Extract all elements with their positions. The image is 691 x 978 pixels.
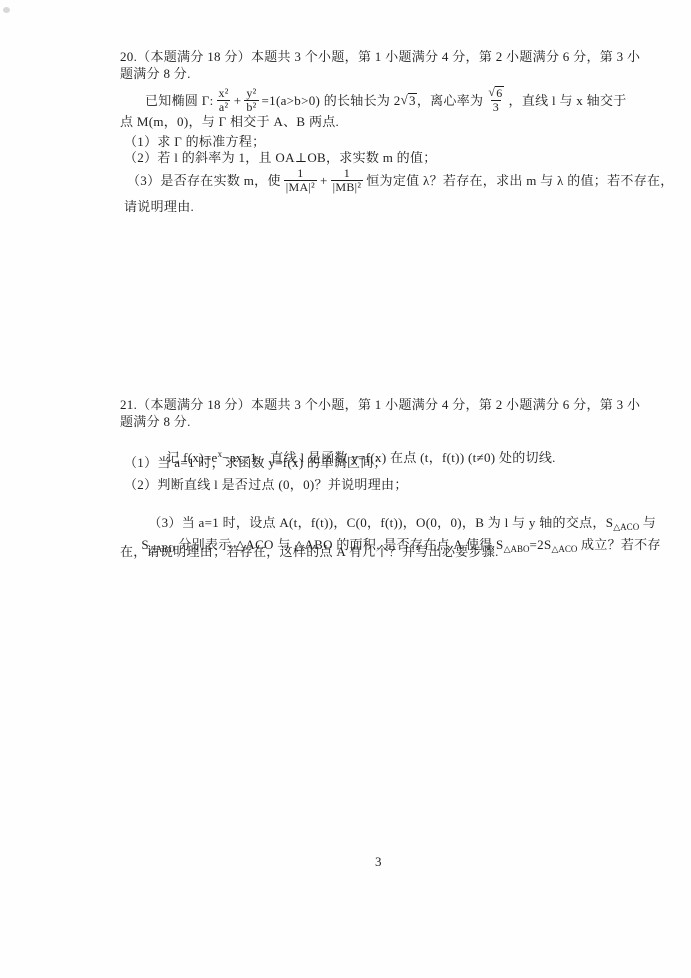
radical-sign: √ — [488, 86, 495, 99]
problem-20-item-3-continuation: 请说明理由. — [124, 199, 194, 214]
problem-20-heading-line1: 20.（本题满分 18 分）本题共 3 个小题，第 1 小题满分 4 分，第 2… — [120, 49, 640, 64]
scan-artifact — [3, 7, 10, 13]
subscript-triangle-ACO: △ACO — [551, 544, 577, 554]
item-3-text: （3）是否存在实数 m，使 — [127, 173, 281, 188]
fraction-x2-a2: x² a² — [216, 87, 230, 114]
eccentricity-text: ，离心率为 — [417, 93, 484, 108]
problem-20-item-3: （3）是否存在实数 m，使 1 |MA|² + 1 |MB|² 恒为定值 λ？若… — [127, 164, 674, 196]
line-l-text: ，直线 l 与 x 轴交于 — [509, 93, 627, 108]
equals-2s-text: =2S — [530, 537, 552, 552]
fraction-denominator: 3 — [491, 100, 501, 114]
fraction-1-MB2: 1 |MB|² — [331, 167, 364, 194]
sqrt-3: √ 3 — [401, 93, 417, 107]
scanned-exam-page: 20.（本题满分 18 分）本题共 3 个小题，第 1 小题满分 4 分，第 2… — [0, 0, 691, 978]
sqrt-6: √6 — [488, 86, 503, 100]
fraction-numerator: 1 — [342, 167, 352, 180]
problem-20-heading-line2: 题满分 8 分. — [120, 66, 191, 81]
problem-21-heading-line1: 21.（本题满分 18 分）本题共 3 个小题，第 1 小题满分 4 分，第 2… — [120, 397, 640, 412]
fraction-denominator: b² — [244, 100, 258, 114]
problem-20-item-2: （2）若 l 的斜率为 1，且 OA⊥OB，求实数 m 的值； — [124, 150, 437, 165]
problem-21-item-2: （2）判断直线 l 是否过点 (0，0)？并说明理由； — [124, 477, 408, 492]
problem-20-item-1: （1）求 Γ 的标准方程； — [124, 134, 265, 149]
radicand: 3 — [408, 93, 417, 107]
plus-sign: + — [234, 93, 242, 108]
radical-sign: √ — [401, 93, 408, 106]
equation-condition-text: =1(a>b>0) 的长轴长为 2 — [262, 93, 401, 108]
fraction-numerator: 1 — [295, 167, 305, 180]
radicand: 6 — [495, 86, 503, 100]
problem-20-given-line2: 点 M(m，0)，与 Γ 相交于 A、B 两点. — [120, 114, 339, 129]
problem-20-given-equation-line: 已知椭圆 Γ: x² a² + y² b² =1(a>b>0) 的长轴长为 2 … — [145, 85, 627, 115]
fraction-numerator: y² — [244, 87, 258, 100]
fraction-numerator: x² — [216, 87, 230, 100]
plus-sign: + — [320, 173, 328, 188]
fraction-denominator: |MA|² — [284, 180, 317, 194]
problem-21-item-1: （1）当 a=1 时，求函数 y=f(x) 的单调区间； — [124, 455, 387, 470]
fraction-1-MA2: 1 |MA|² — [284, 167, 317, 194]
area-statement-tail: 成立？若不存 — [577, 537, 660, 552]
fraction-denominator: |MB|² — [331, 180, 364, 194]
subscript-triangle-ABO: △ABO — [504, 544, 530, 554]
fraction-sqrt6-3: √6 3 — [486, 86, 505, 114]
item-3-text-tail: 恒为定值 λ？若存在，求出 m 与 λ 的值；若不存在， — [366, 173, 673, 188]
problem-21-heading-line2: 题满分 8 分. — [120, 414, 191, 429]
page-number: 3 — [375, 854, 382, 870]
fraction-numerator: √6 — [486, 86, 505, 100]
given-text: 已知椭圆 Γ: — [145, 93, 213, 108]
fraction-y2-b2: y² b² — [244, 87, 258, 114]
problem-21-item-3-line3: 在，请说明理由；若存在，这样的点 A 有几个？并写出必要步骤. — [120, 544, 499, 559]
fraction-denominator: a² — [217, 100, 231, 114]
